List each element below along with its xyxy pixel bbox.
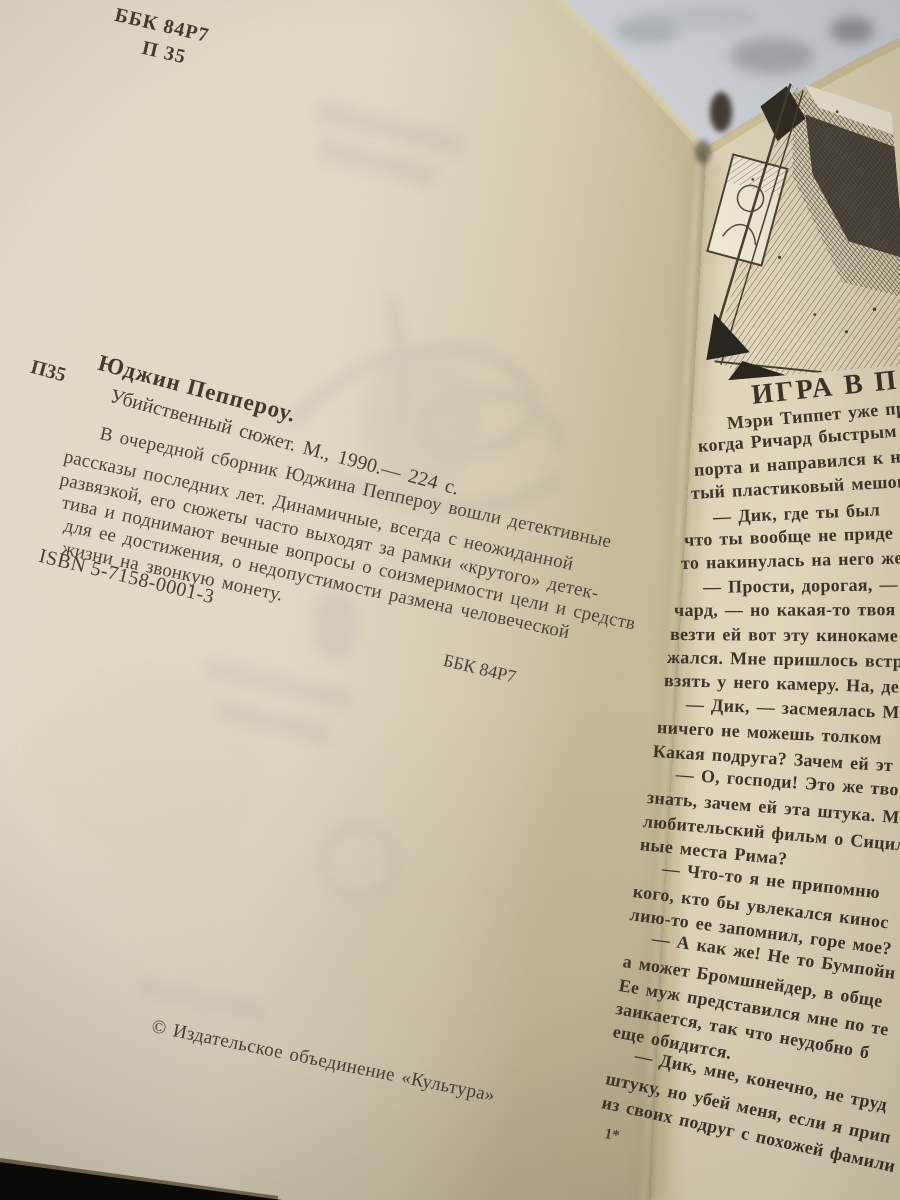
signature-mark: 1* — [603, 1126, 621, 1145]
body-text-line: жался. Мне пришлось встр — [667, 647, 900, 672]
body-text-line: — Прости, дорогая, — — [703, 574, 898, 598]
body-text-line: везти ей вот эту кинокаме — [670, 624, 898, 647]
book-photo: ББК 84Р7 П 35 П35 Юджин Пеппероу. Убийст… — [0, 0, 900, 1200]
body-text-line: чард, — но какая-то твоя — [674, 599, 896, 621]
chapter-illustration — [673, 47, 900, 382]
